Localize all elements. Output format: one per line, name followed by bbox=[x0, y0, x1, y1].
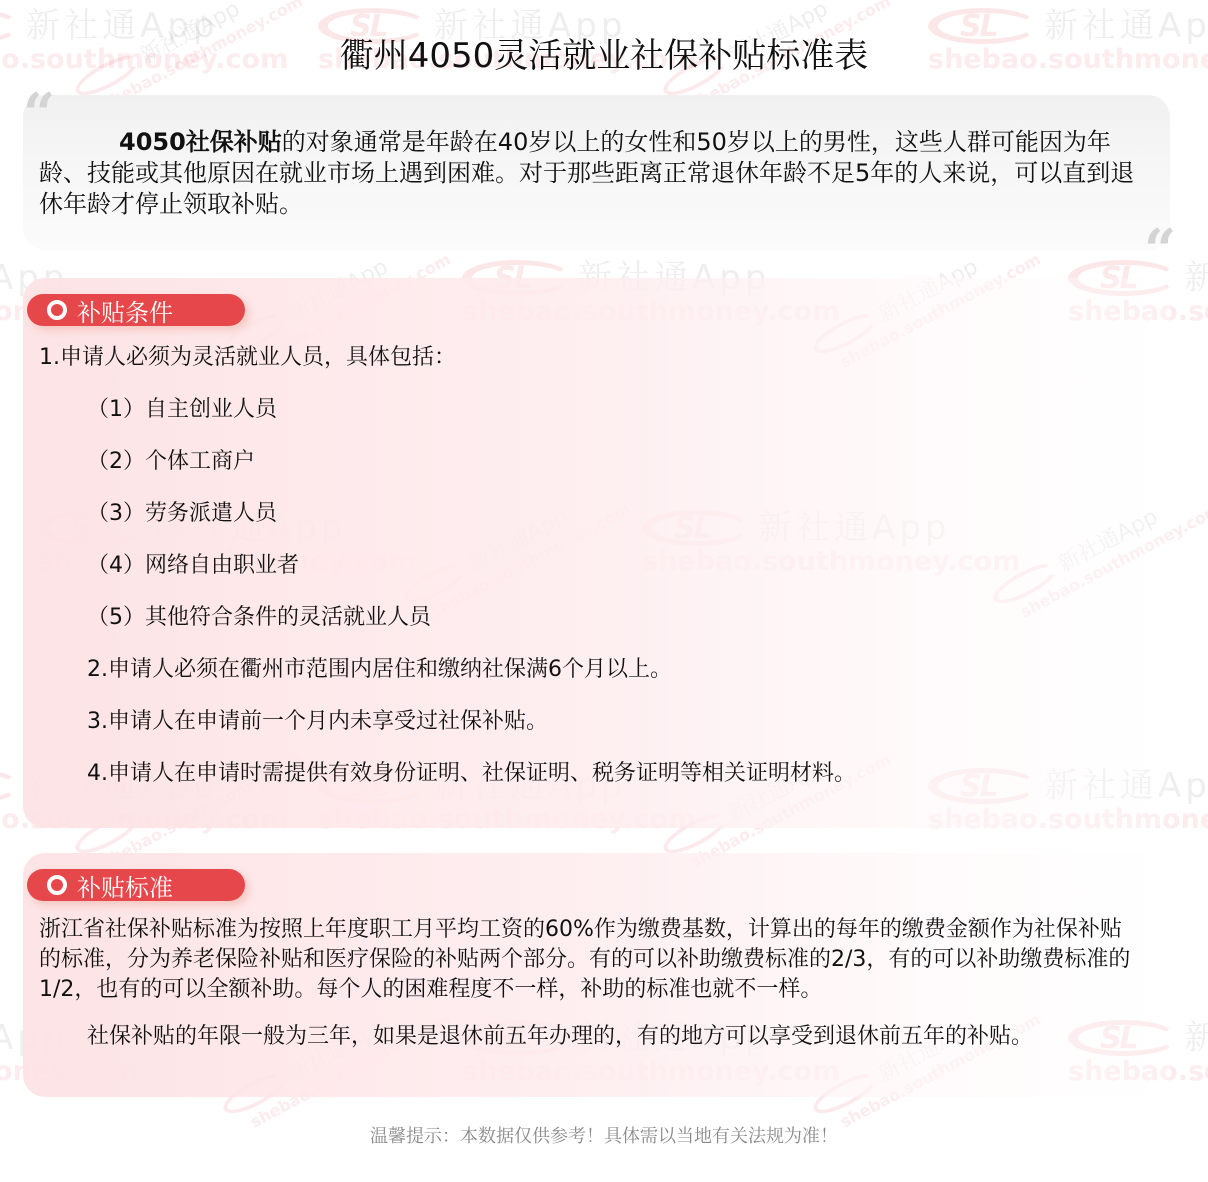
ring-icon bbox=[47, 300, 67, 320]
list-item: （2）个体工商户 bbox=[87, 444, 255, 475]
list-item: 4.申请人在申请时需提供有效身份证明、社保证明、税务证明等相关证明材料。 bbox=[87, 756, 856, 787]
section-eligibility: 补贴条件 1.申请人必须为灵活就业人员，具体包括： （1）自主创业人员 （2）个… bbox=[23, 278, 1170, 828]
list-item: （3）劳务派遣人员 bbox=[87, 496, 277, 527]
footer-disclaimer: 温馨提示：本数据仅供参考！具体需以当地有关法规为准！ bbox=[0, 1122, 1208, 1148]
list-item: （4）网络自由职业者 bbox=[87, 548, 299, 579]
intro-bold-lead: 4050社保补贴 bbox=[119, 128, 282, 156]
list-item: （5）其他符合条件的灵活就业人员 bbox=[87, 600, 431, 631]
section-heading-pill: 补贴标准 bbox=[27, 869, 245, 901]
document: 衢州4050灵活就业社保补贴标准表 4050社保补贴的对象通常是年龄在40岁以上… bbox=[0, 0, 1208, 1182]
section-heading: 补贴标准 bbox=[77, 868, 173, 903]
section-heading: 补贴条件 bbox=[77, 293, 173, 328]
list-item: （1）自主创业人员 bbox=[87, 392, 277, 423]
list-item: 3.申请人在申请前一个月内未享受过社保补贴。 bbox=[87, 704, 548, 735]
section-heading-pill: 补贴条件 bbox=[27, 294, 245, 326]
list-item: 1.申请人必须为灵活就业人员，具体包括： bbox=[39, 340, 456, 371]
intro-text: 4050社保补贴的对象通常是年龄在40岁以上的女性和50岁以上的男性，这些人群可… bbox=[39, 127, 1140, 220]
open-quote-icon: “ bbox=[23, 86, 55, 142]
close-quote-icon: “ bbox=[1144, 222, 1176, 278]
intro-box: 4050社保补贴的对象通常是年龄在40岁以上的女性和50岁以上的男性，这些人群可… bbox=[23, 95, 1170, 250]
paragraph: 社保补贴的年限一般为三年，如果是退休前五年办理的，有的地方可以享受到退休前五年的… bbox=[87, 1022, 1157, 1052]
list-item: 2.申请人必须在衢州市范围内居住和缴纳社保满6个月以上。 bbox=[87, 652, 672, 683]
paragraph: 浙江省社保补贴标准为按照上年度职工月平均工资的60%作为缴费基数，计算出的每年的… bbox=[39, 915, 1139, 1005]
section-standard: 补贴标准 浙江省社保补贴标准为按照上年度职工月平均工资的60%作为缴费基数，计算… bbox=[23, 853, 1170, 1097]
page-title: 衢州4050灵活就业社保补贴标准表 bbox=[0, 28, 1208, 77]
ring-icon bbox=[47, 875, 67, 895]
